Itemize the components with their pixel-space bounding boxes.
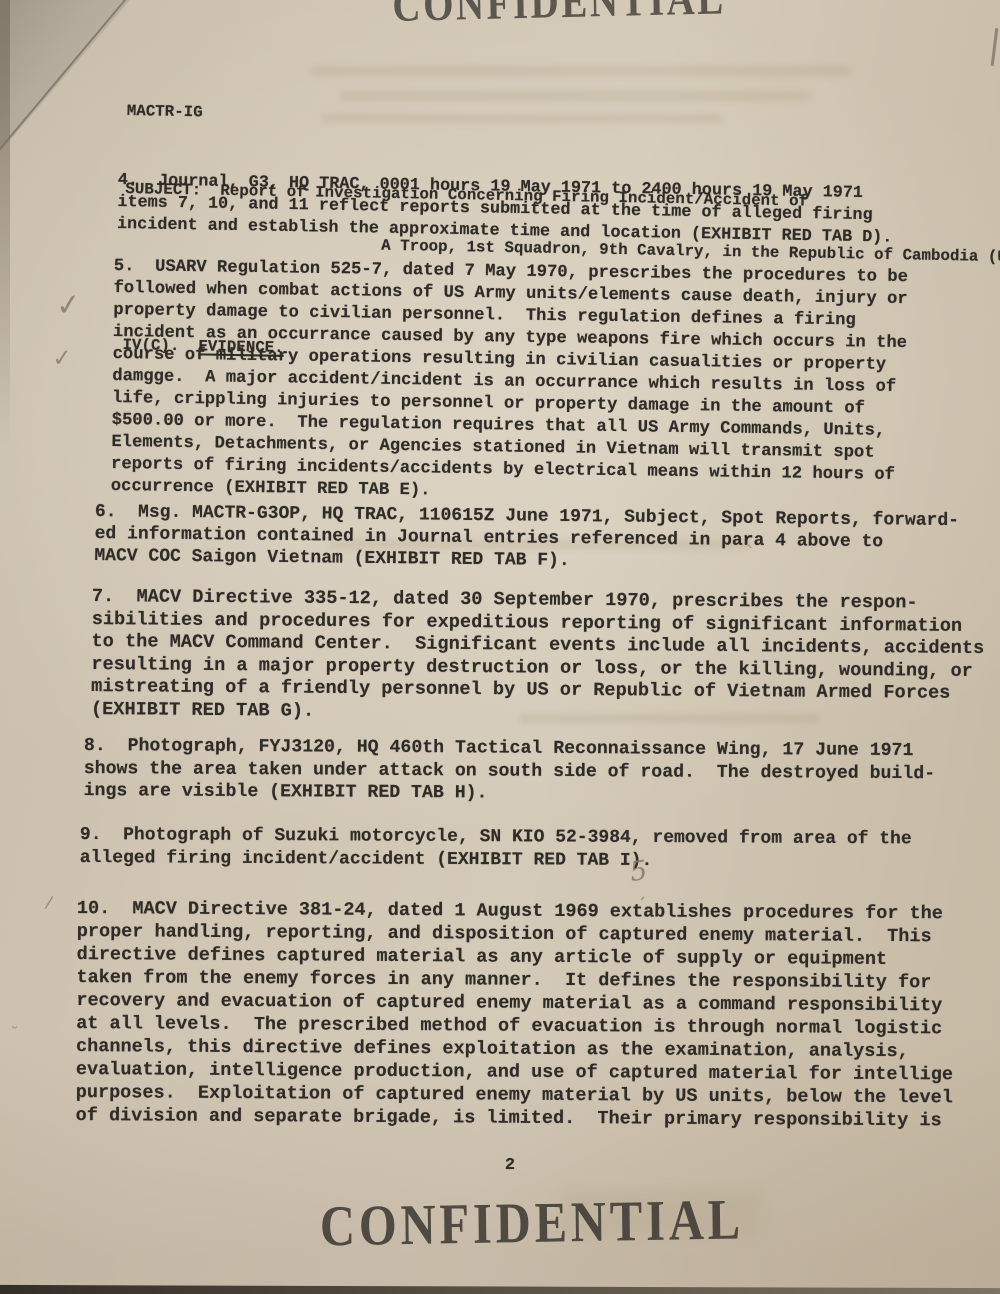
classification-stamp-top-text: CONFIDENTIAL [392, 0, 726, 29]
checkmark-annotation-1: ✓ [54, 287, 83, 324]
page-edge-top-right [991, 28, 999, 66]
scanned-document-page: CONFIDENTIAL MACTR-IG SUBJECT: Report of… [0, 0, 1000, 1294]
page-edge-bottom [0, 1281, 1000, 1294]
classification-stamp-top: CONFIDENTIAL [392, 0, 762, 29]
classification-stamp-bottom: CONFIDENTIAL [32, 1186, 1000, 1260]
classification-stamp-bottom-text: CONFIDENTIAL [320, 1186, 745, 1260]
pencil-tick-mark: ` [746, 543, 755, 564]
office-symbol: MACTR-IG [127, 98, 1000, 140]
small-pencil-mark: ˘ [10, 1024, 19, 1045]
paragraph-7: 7. MACV Directive 335-12, dated 30 Septe… [91, 586, 985, 728]
paragraph-6: 6. Msg. MACTR-G3OP, HQ TRAC, 110615Z Jun… [94, 501, 959, 576]
paragraph-5: 5. USARV Regulation 525-7, dated 7 May 1… [111, 256, 909, 509]
paragraph-9: 9. Photograph of Suzuki motorcycle, SN K… [80, 824, 912, 873]
paragraph-10: 10. MACV Directive 381-24, dated 1 Augus… [76, 897, 954, 1132]
slash-annotation: / [44, 893, 54, 914]
corner-fold [0, 0, 130, 152]
paragraph-8: 8. Photograph, FYJ3120, HQ 460th Tactica… [84, 735, 936, 808]
page-edge-left [0, 0, 10, 450]
paragraph-4: 4. Journal, G3, HQ TRAC, 0001 hours 19 M… [117, 170, 893, 250]
page-number: 2 [10, 1156, 1000, 1175]
checkmark-annotation-2: ✓ [51, 343, 73, 372]
